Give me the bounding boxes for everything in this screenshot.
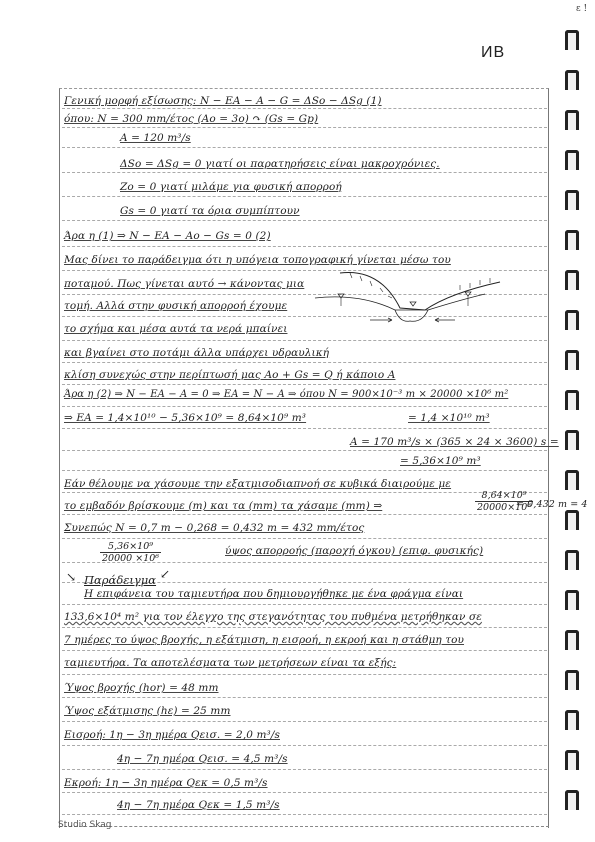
ruled-line	[62, 674, 547, 675]
page-id-mark: ИB	[481, 44, 505, 62]
text-line-gradient: κλίση συνεχώς στην περίπτωσή μας Ao + Gs…	[64, 369, 395, 381]
text-line-groundwater: Μας δίνει το παράδειγμα ότι η υπόγεια το…	[64, 254, 451, 266]
fraction-evap-result: = 0,432 m = 4	[516, 499, 588, 510]
text-line-section: τομή. Αλλά στην φυσική απορροή έχουμε	[64, 300, 287, 312]
text-line-shape: το σχήμα και μέσα αυτά τα νερά μπαίνει	[64, 323, 287, 335]
ruled-line	[62, 697, 547, 698]
spiral-ring	[565, 270, 579, 290]
equation-ea-result: ⇒ ΕΑ = 1,4×10¹⁰ − 5,36×10⁹ = 8,64×10⁹ m³	[64, 412, 306, 424]
example-text-1: Η επιφάνεια του ταμιευτήρα που δημιουργή…	[84, 588, 463, 600]
ruled-line	[62, 362, 547, 363]
spiral-ring	[565, 110, 579, 130]
ruled-line	[62, 384, 547, 385]
spiral-ring	[565, 750, 579, 770]
arrow-mark-left: ↘	[66, 570, 76, 584]
ruled-line	[62, 627, 547, 628]
inflow-days-4-7: 4η − 7η ημέρα Qεισ. = 4,5 m³/s	[117, 753, 288, 765]
ruled-line	[62, 246, 547, 247]
text-line-evap-cubic: Εάν θέλουμε να χάσουμε την εξατμισοδιαπν…	[64, 478, 451, 490]
spiral-ring	[565, 630, 579, 650]
ruled-line	[62, 769, 547, 770]
text-line-hydraulic: και βγαίνει στο ποτάμι άλλα υπάρχει υδρα…	[64, 347, 329, 359]
ruled-line	[62, 406, 547, 407]
footer-stamp: Studio Skag	[58, 820, 112, 830]
text-line-area: το εμβαδόν βρίσκουμε (m) και τα (mm) τα …	[64, 500, 382, 512]
river-cross-section-sketch	[310, 268, 510, 328]
spiral-ring	[565, 590, 579, 610]
ruled-line	[62, 538, 547, 539]
ruled-line	[62, 147, 547, 148]
spiral-ring	[565, 790, 579, 810]
ruled-line	[62, 220, 547, 221]
equation-general-form: Γενική μορφή εξίσωσης: Ν − ΕΑ − Α − G = …	[64, 95, 382, 107]
ruled-line	[62, 514, 547, 515]
spiral-ring	[565, 710, 579, 730]
spiral-ring	[565, 70, 579, 90]
ruled-line	[62, 428, 547, 429]
spiral-ring	[565, 510, 579, 530]
spiral-ring	[565, 390, 579, 410]
spiral-ring	[565, 310, 579, 330]
ruled-line	[62, 721, 547, 722]
equation-ea: Άρα η (2) ⇒ Ν − ΕΑ − Α = 0 ⇒ ΕΑ = Ν − Α …	[64, 389, 508, 400]
definition-where: όπου: Ν = 300 mm/έτος (Ao = 3o) ↷ (Gs = …	[64, 113, 318, 125]
spiral-ring	[565, 670, 579, 690]
example-text-4: ταμιευτήρα. Τα αποτελέσματα των μετρήσεω…	[64, 657, 396, 669]
notebook-frame-bottom	[59, 826, 549, 827]
ruled-line	[62, 745, 547, 746]
ruled-line	[62, 792, 547, 793]
storage-zero-note: ΔSo = ΔSg = 0 γιατί οι παρατηρήσεις είνα…	[120, 158, 440, 170]
spiral-ring	[565, 470, 579, 490]
corner-mark: ε !	[576, 4, 587, 14]
example-text-2: 133,6×10⁴ m² για τον έλεγχο της στεγανότ…	[64, 611, 482, 623]
zo-zero-note: Zo = 0 γιατί μιλάμε για φυσική απορροή	[120, 181, 342, 193]
ruled-line	[62, 650, 547, 651]
spiral-ring	[565, 430, 579, 450]
ruled-line	[62, 340, 547, 341]
ruled-line	[62, 127, 547, 128]
spiral-ring	[565, 550, 579, 570]
evap-depth: Ύψος εξάτμισης (hε) = 25 mm	[64, 705, 231, 717]
ruled-line	[62, 108, 547, 109]
inflow-days-1-3: Εισροή: 1η − 3η ημέρα Qεισ. = 2,0 m³/s	[64, 729, 280, 741]
discharge-value: Α = 120 m³/s	[120, 132, 191, 144]
ruled-line	[62, 196, 547, 197]
example-heading: Παράδειγμα	[84, 573, 156, 587]
ruled-line	[62, 470, 547, 471]
spiral-ring	[565, 190, 579, 210]
text-line-consequently: Συνεπώς Ν = 0,7 m − 0,268 = 0,432 m = 43…	[64, 522, 364, 534]
gs-zero-note: Gs = 0 γιατί τα όρια συμπίπτουν	[120, 205, 300, 217]
ruled-line	[62, 450, 547, 451]
fraction-runoff-depth: 5,36×10⁹ 20000 ×10⁶	[100, 541, 161, 564]
example-text-3: 7 ημέρες το ύψος βροχής, η εξάτμιση, η ε…	[64, 634, 464, 646]
precip-volume: = 1,4 ×10¹⁰ m³	[408, 412, 490, 424]
spiral-ring	[565, 30, 579, 50]
ruled-line	[62, 172, 547, 173]
outflow-days-1-3: Εκροή: 1η − 3η ημέρα Qεκ = 0,5 m³/s	[64, 777, 268, 789]
runoff-volume-result: = 5,36×10⁹ m³	[400, 455, 481, 467]
runoff-depth-label: ύψος απορροής (παροχή όγκου) (επιφ. φυσι…	[225, 545, 483, 557]
spiral-ring	[565, 150, 579, 170]
equation-2: Άρα η (1) ⇒ Ν − ΕΑ − Αο − Gs = 0 (2)	[64, 230, 271, 242]
spiral-ring	[565, 230, 579, 250]
text-line-river: ποταμού. Πως γίνεται αυτό → κάνοντας μια	[64, 278, 304, 290]
rain-depth: Ύψος βροχής (hor) = 48 mm	[64, 682, 219, 694]
arrow-mark-right: ↙	[160, 567, 170, 581]
ruled-line	[62, 604, 547, 605]
runoff-volume-calc: Α = 170 m³/s × (365 × 24 × 3600) s =	[350, 436, 559, 448]
outflow-days-4-7: 4η − 7η ημέρα Qεκ = 1,5 m³/s	[117, 799, 280, 811]
spiral-ring	[565, 350, 579, 370]
ruled-line	[62, 814, 547, 815]
